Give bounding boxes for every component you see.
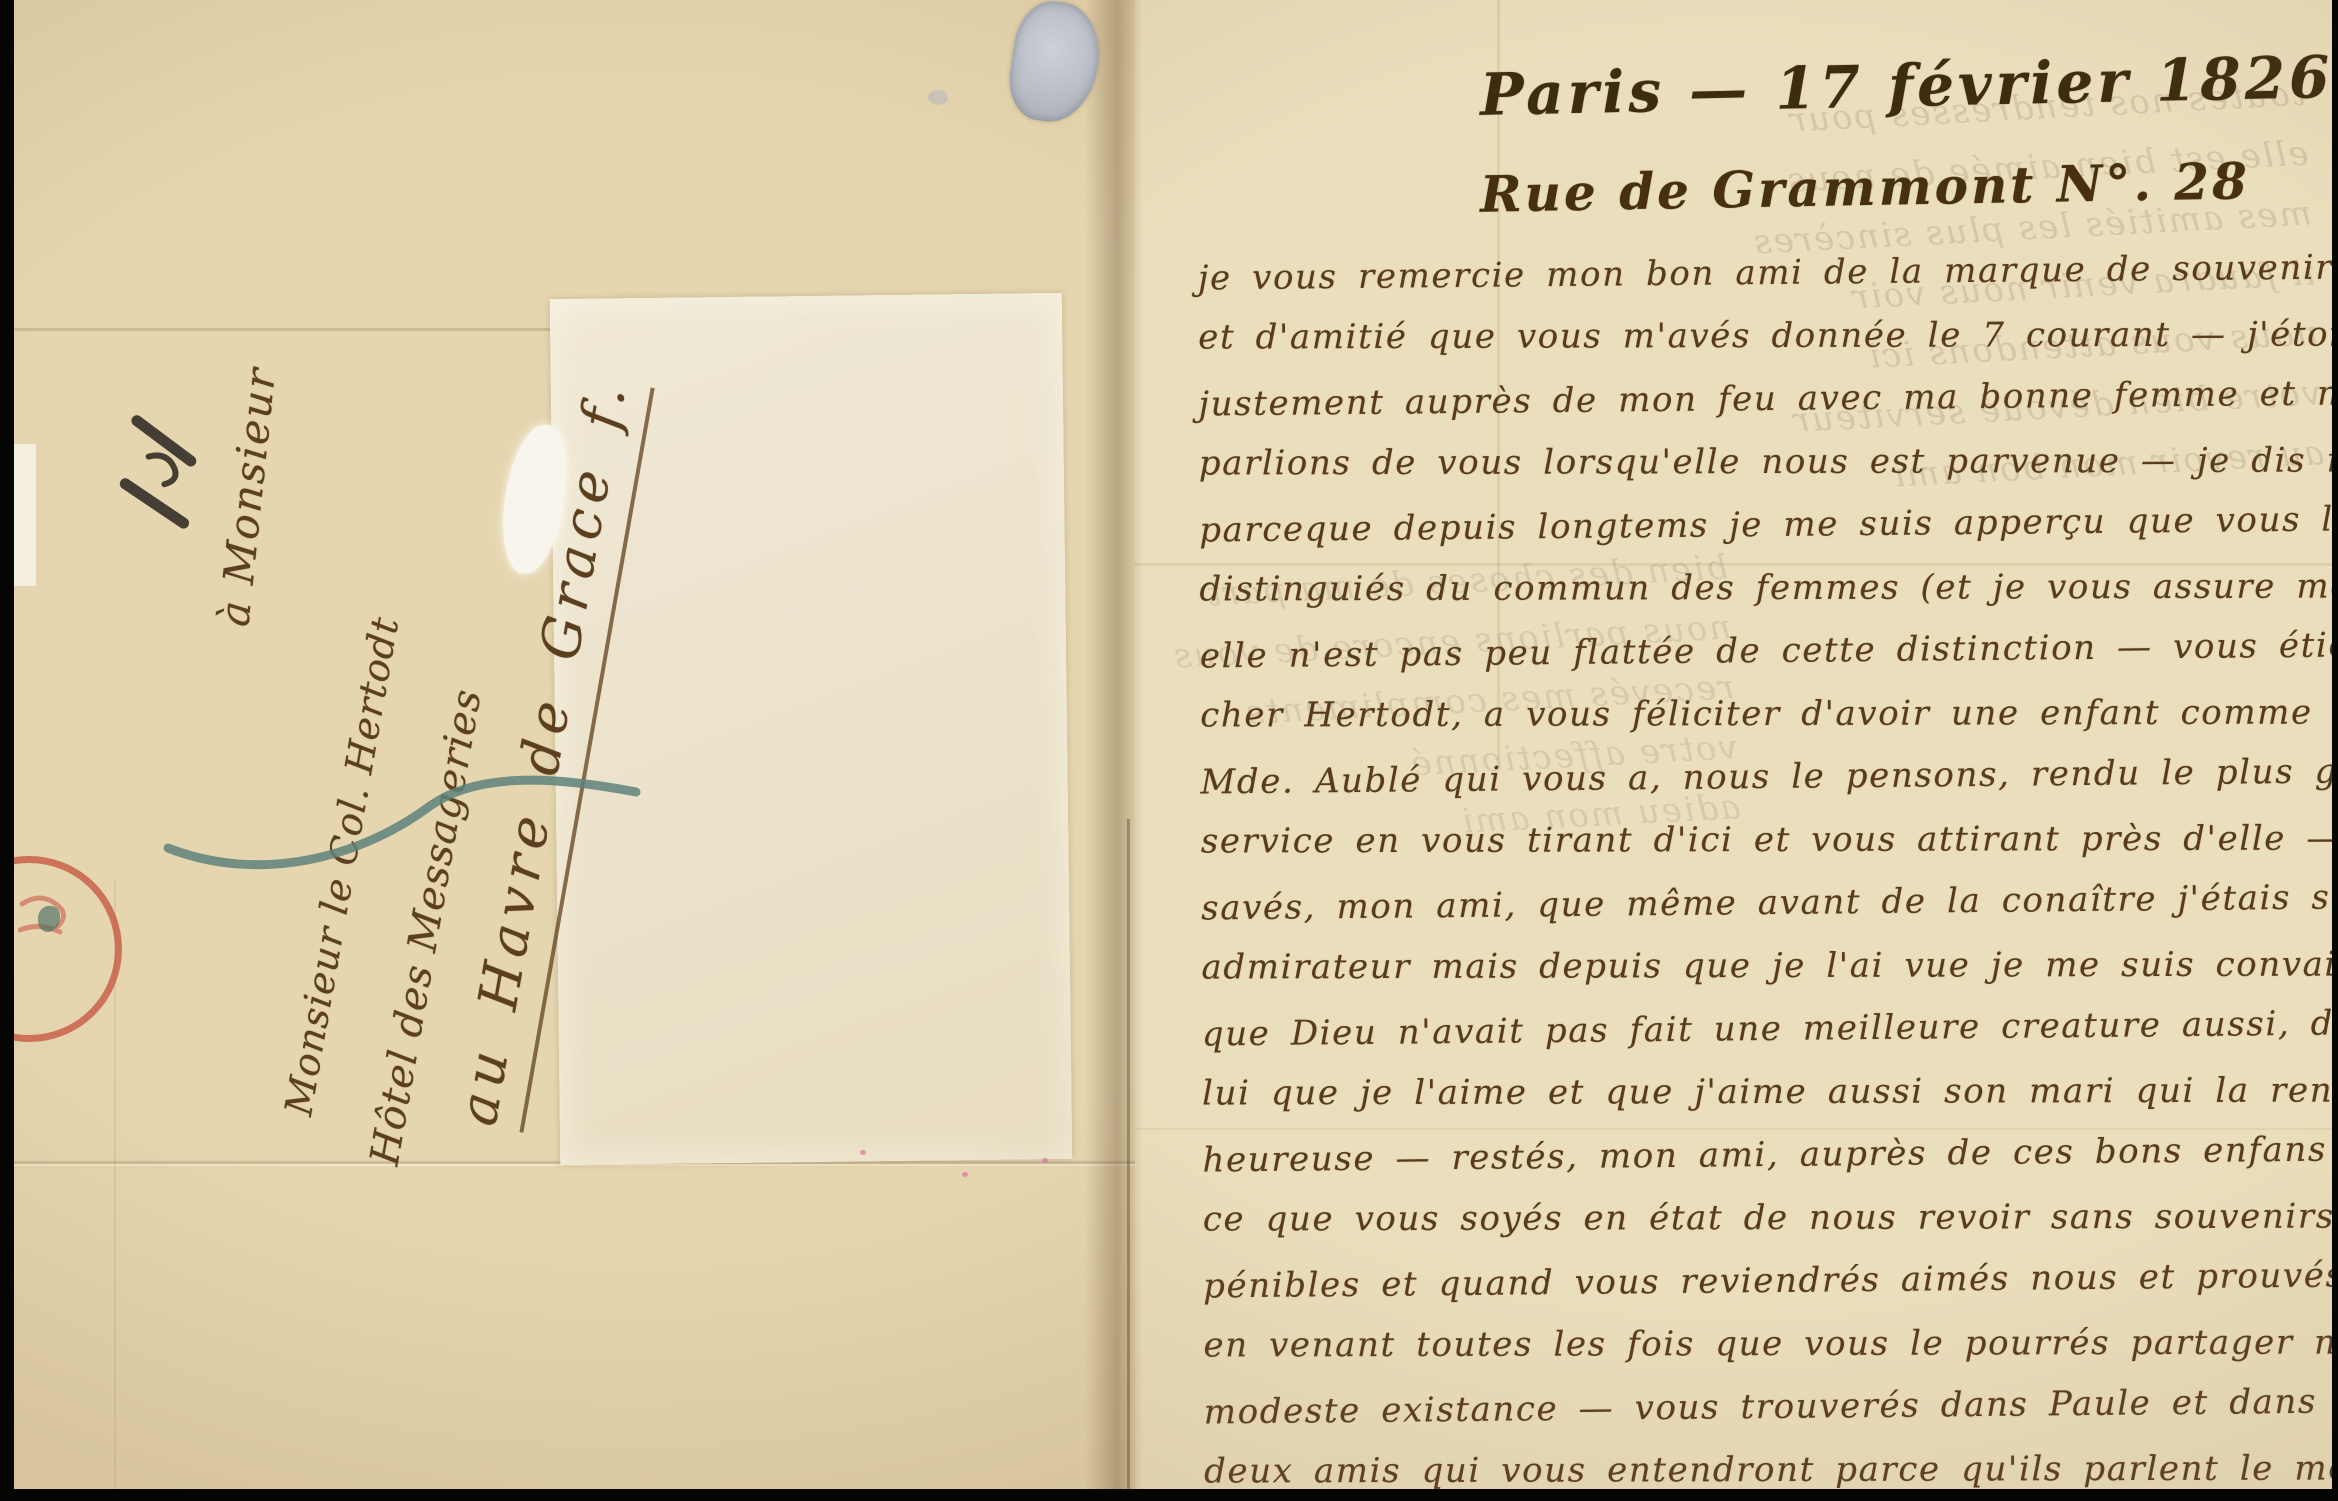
ink-showthrough: bien des choses de ma part nous parlions… — [1168, 538, 1743, 867]
address-line-city: au Havre de Grace f. — [446, 374, 655, 1133]
showthrough-line: votre affectionné — [1177, 717, 1739, 806]
letter-line: deux amis qui vous entendront parce qu'i… — [1204, 1438, 2332, 1489]
letter-line: que Dieu n'avait pas fait une meilleure … — [1202, 993, 2332, 1067]
address-line-salutation: à Monsieur — [209, 364, 285, 628]
letter-line: ce que vous soyés en état de nous revoir… — [1203, 1186, 2332, 1252]
letter-page: toutes nos tendresses pour elle est bien… — [1135, 0, 2332, 1489]
letter-line: admirateur mais depuis que je l'ai vue j… — [1201, 934, 2332, 1000]
showthrough-line: nous parlions encore de vous — [1171, 597, 1733, 686]
showthrough-line: mes amitiés les plus sincères — [1751, 183, 2314, 272]
pink-speckle — [1042, 1158, 1048, 1163]
letter-line: en venant toutes les fois que vous le po… — [1203, 1312, 2332, 1378]
address-page: à Monsieur Monsieur le Col. Hertodt Hôte… — [14, 0, 1135, 1489]
fold-crease-highlight — [14, 1164, 1135, 1166]
letter-line: et d'amitié que vous m'avés donnée le 7 … — [1198, 304, 2332, 370]
letter-line: modeste existance — vous trouverés dans … — [1204, 1371, 2332, 1445]
red-postmark-circle — [14, 856, 122, 1042]
showthrough-line: nous vous attendons ici — [1757, 303, 2320, 392]
red-postmark-center — [18, 886, 82, 946]
fold-crease — [114, 880, 116, 1489]
letter-line: parlions de vous lorsqu'elle nous est pa… — [1199, 430, 2332, 496]
letter-line: je vous remercie mon bon ami de la marqu… — [1198, 237, 2332, 311]
fold-crease — [14, 328, 559, 331]
fold-crease — [1135, 563, 2332, 566]
letter-line: distinguiés du commun des femmes (et je … — [1199, 556, 2332, 622]
postal-rate-mark-icon — [98, 402, 223, 551]
showthrough-line: toutes nos tendresses pour — [1744, 64, 2307, 153]
showthrough-line: il faudra venir nous voir — [1754, 243, 2317, 332]
showthrough-line: recevés mes compliments — [1174, 657, 1736, 746]
letter-line: elle n'est pas peu flattée de cette dist… — [1200, 615, 2332, 689]
fold-crease — [1135, 1128, 2332, 1130]
letter-line: Mde. Aublé qui vous a, nous le pensons, … — [1200, 741, 2332, 815]
letter-line: justement auprès de mon feu avec ma bonn… — [1198, 363, 2332, 437]
pink-speckle — [860, 1150, 866, 1155]
letter-line: service en vous tirant d'ici et vous att… — [1201, 808, 2332, 874]
wax-seal-speck — [928, 90, 948, 105]
letter-body: je vous remercie mon bon ami de la marqu… — [1198, 239, 2332, 1489]
letter-line: parceque depuis longtems je me suis appe… — [1199, 489, 2332, 563]
ink-showthrough: toutes nos tendresses pour elle est bien… — [1744, 64, 2325, 513]
paper-patch — [550, 293, 1073, 1165]
letter-line: cher Hertodt, a vous féliciter d'avoir u… — [1200, 682, 2332, 748]
teal-flourish-stroke — [14, 0, 1135, 1489]
showthrough-line: elle est bien aimée de nous — [1748, 124, 2311, 213]
teal-ink-blob — [38, 906, 60, 932]
letter-line: savés, mon ami, que même avant de la con… — [1201, 867, 2332, 941]
pink-speckle — [962, 1172, 968, 1177]
letter-line: heureuse — restés, mon ami, auprès de ce… — [1202, 1119, 2332, 1193]
address-line-hotel: Hôtel des Messageries — [362, 685, 491, 1168]
showthrough-line: bien des choses de ma part — [1168, 538, 1730, 627]
letter-line: lui que je l'aime et que j'aime aussi so… — [1202, 1060, 2332, 1126]
torn-spot — [497, 421, 570, 576]
fold-crease — [1497, 0, 1500, 760]
address-line-recipient: Monsieur le Col. Hertodt — [276, 613, 407, 1119]
letter-line: pénibles et quand vous reviendrés aimés … — [1203, 1245, 2332, 1319]
showthrough-line: votre bien dévoué serviteur — [1760, 363, 2323, 452]
letter-scan: à Monsieur Monsieur le Col. Hertodt Hôte… — [14, 0, 2332, 1489]
center-fold-edge — [1127, 819, 1130, 1489]
center-fold-shadow — [1085, 0, 1143, 1489]
showthrough-line: au revoir mon bon ami — [1763, 423, 2326, 512]
paper-tape-repair — [14, 444, 36, 586]
fold-crease — [14, 1161, 1135, 1164]
letter-sender-address: Rue de Grammont N°. 28 — [1480, 151, 2251, 223]
letter-dateline: Paris — 17 février 1826 — [1479, 43, 2332, 129]
showthrough-line: adieu mon ami — [1180, 777, 1742, 866]
